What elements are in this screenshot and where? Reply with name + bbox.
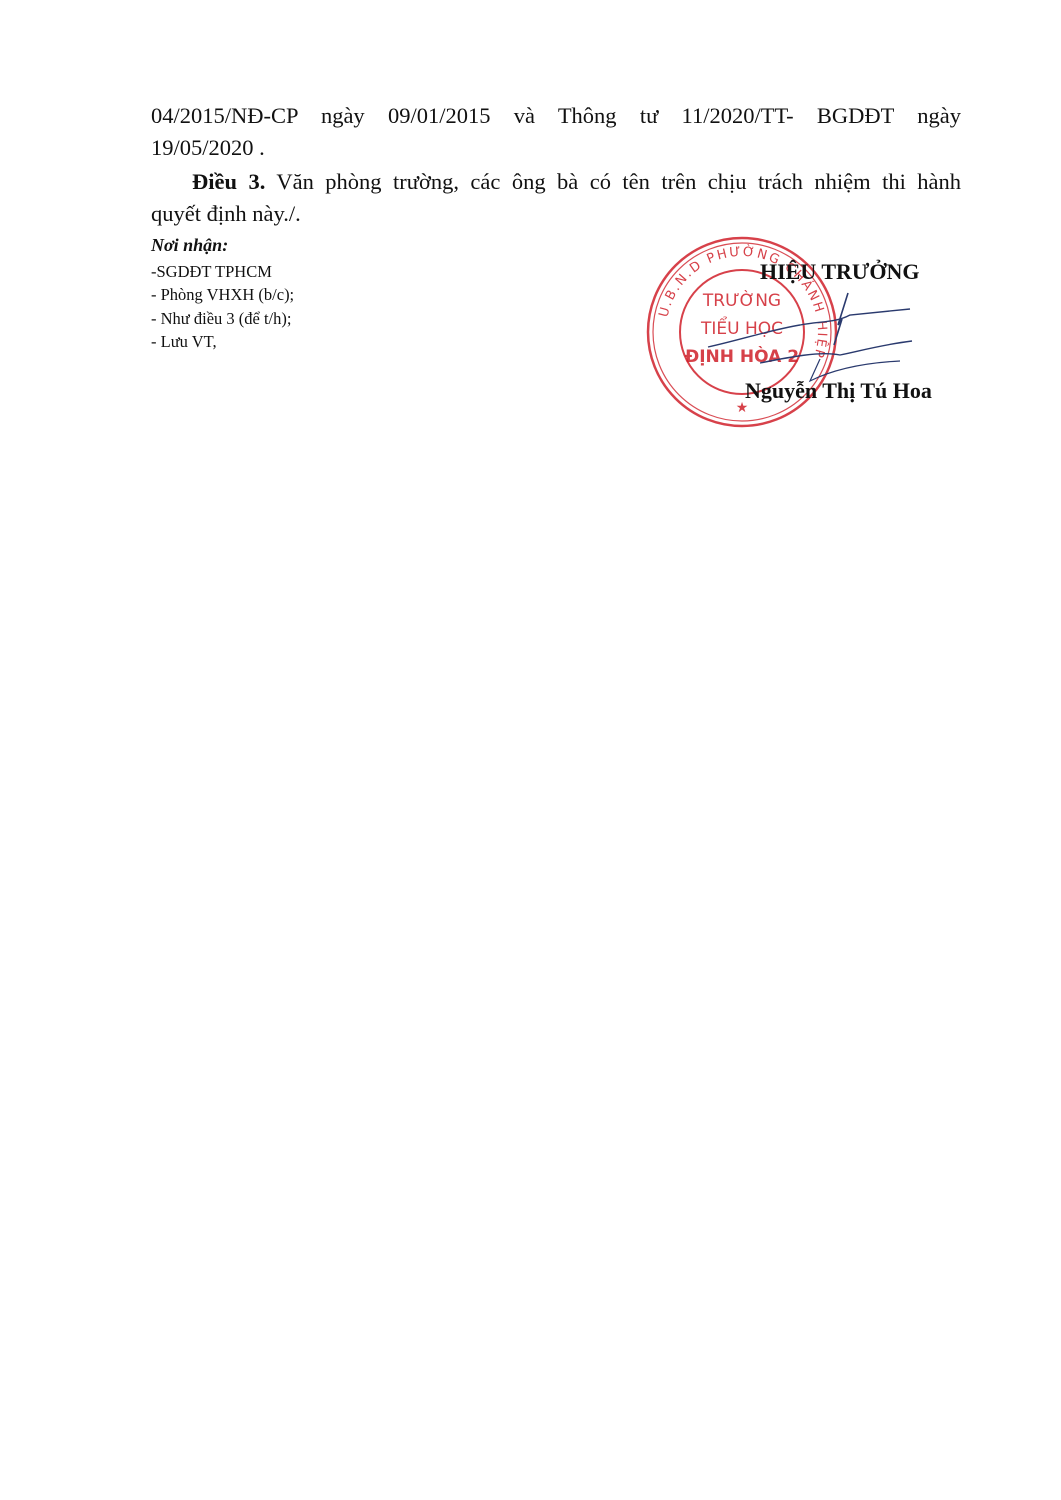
recipient-item: - Lưu VT, [151, 330, 294, 354]
article-3-label: Điều 3. [192, 169, 265, 194]
recipient-item: - Như điều 3 (để t/h); [151, 307, 294, 331]
article-3: Điều 3. Văn phòng trường, các ông bà có … [151, 166, 961, 198]
paragraph-line: 19/05/2020 . [151, 132, 961, 164]
signer-name: Nguyễn Thị Tú Hoa [745, 378, 932, 404]
recipient-item: -SGDĐT TPHCM [151, 260, 294, 284]
article-3-continuation: quyết định này./. [151, 198, 961, 230]
recipients-heading: Nơi nhận: [151, 234, 294, 258]
recipient-item: - Phòng VHXH (b/c); [151, 283, 294, 307]
recipients-block: Nơi nhận: -SGDĐT TPHCM - Phòng VHXH (b/c… [151, 234, 294, 354]
article-3-text: Văn phòng trường, các ông bà có tên trên… [265, 169, 961, 194]
signer-title: HIỆU TRƯỞNG [760, 259, 920, 285]
paragraph-line: 04/2015/NĐ-CP ngày 09/01/2015 và Thông t… [151, 100, 961, 132]
